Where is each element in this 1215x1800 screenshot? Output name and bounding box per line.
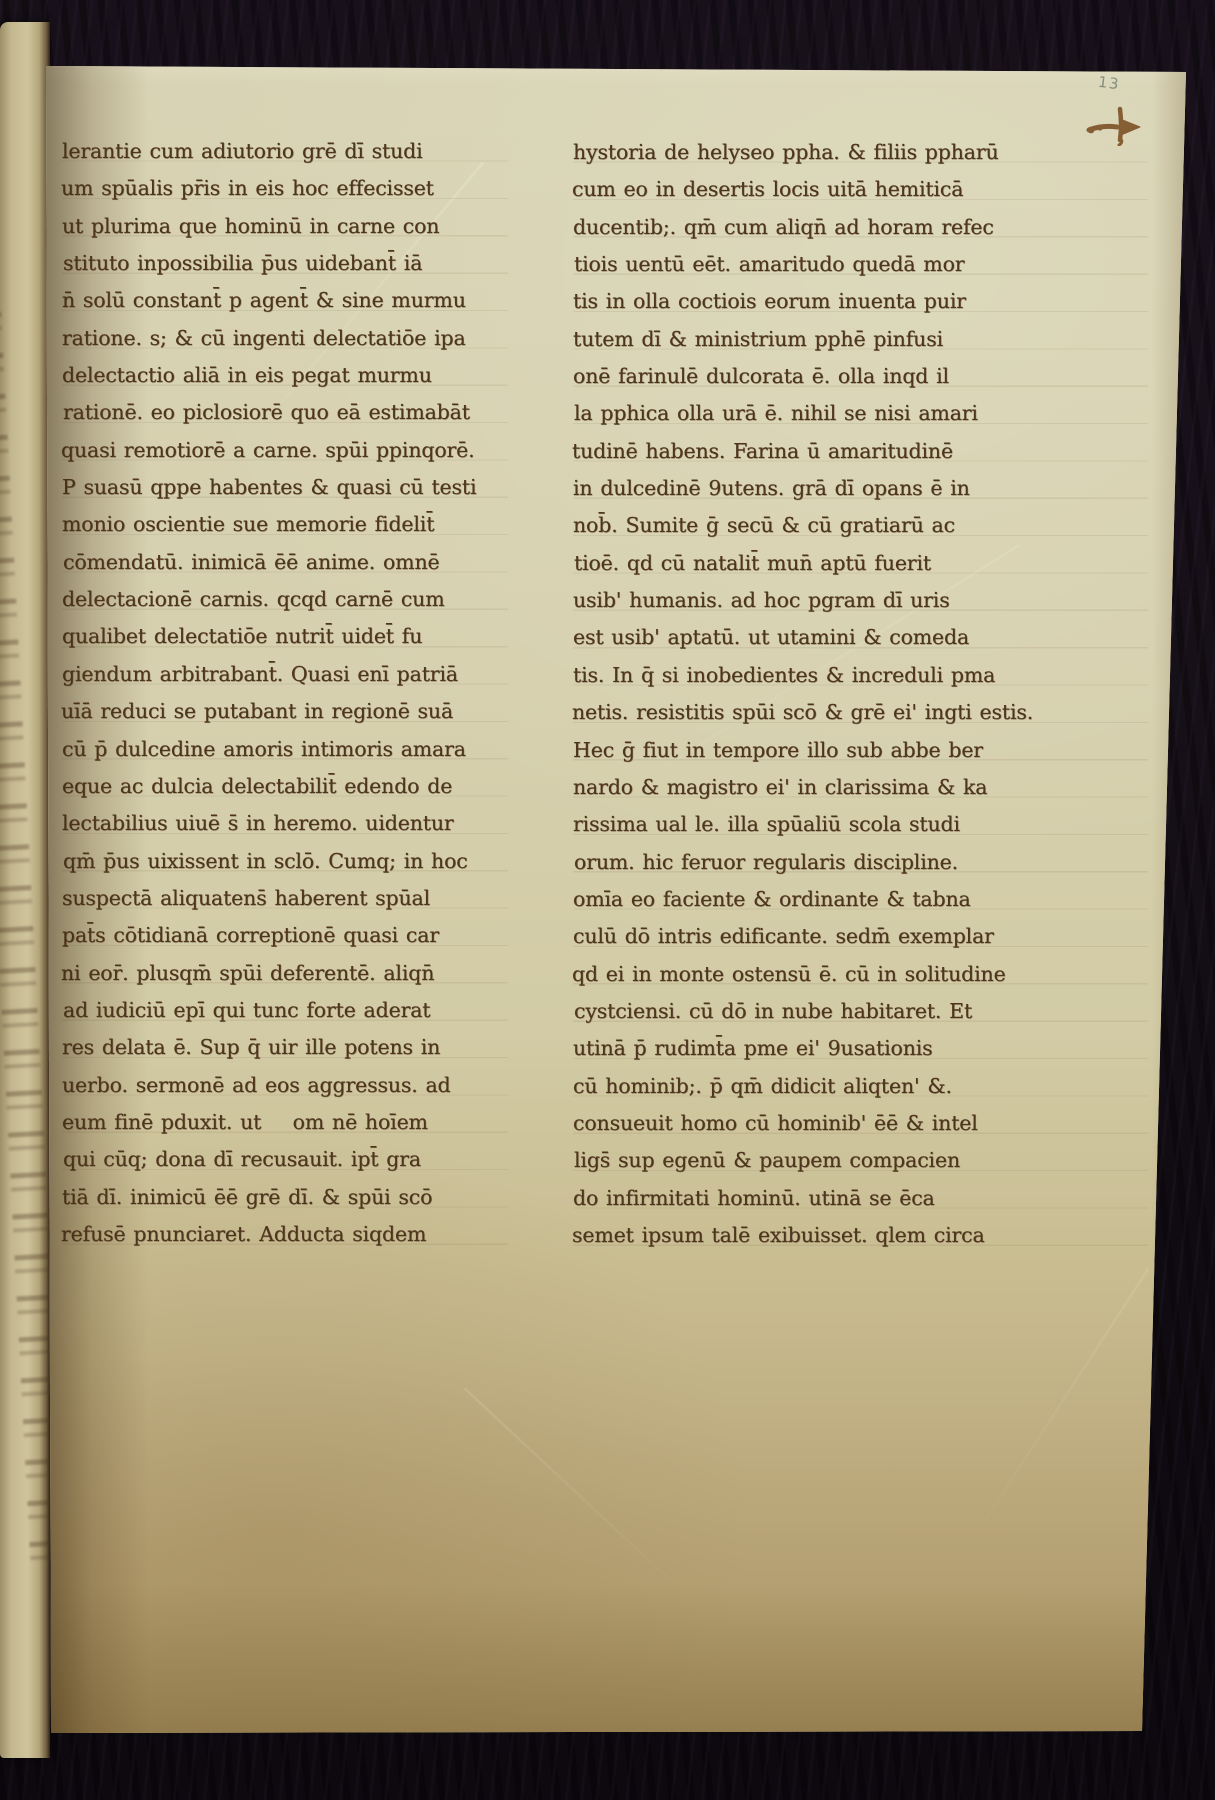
manuscript-line: rissima ual le. illa spūaliū scola studi <box>573 806 1148 843</box>
manuscript-line: utinā p̄ rudimt̄a pme ei' 9usationis <box>573 1030 1148 1067</box>
manuscript-line: rationē. eo piclosiorē quo eā estimabāt <box>63 394 509 431</box>
manuscript-line: do infirmitati hominū. utinā se ēca <box>573 1180 1148 1217</box>
manuscript-line: eum finē pduxit. ut om nē hoīem <box>62 1104 508 1141</box>
manuscript-line: semet ipsum talē exibuisset. qlem circa <box>572 1217 1147 1254</box>
manuscript-line: giendum arbitrabant̄. Quasi enī patriā <box>62 656 508 693</box>
manuscript-line: cū p̄ dulcedine amoris intimoris amara <box>62 731 508 768</box>
manuscript-line: suspectā aliquatens̄ haberent spūal <box>62 880 508 917</box>
manuscript-line: est usib' aptatū. ut utamini & comeda <box>573 619 1148 656</box>
manuscript-line: ut plurima que hominū in carne con <box>62 208 508 245</box>
manuscript-line: qm̄ p̄us uixissent in sclō. Cumq; in hoc <box>63 843 509 880</box>
manuscript-line: tiois uentū eēt. amaritudo quedā mor <box>574 246 1149 283</box>
manuscript-line: quasi remotiorē a carne. spūi ppinqorē. <box>61 432 507 469</box>
manuscript-line: ratione. s; & cū ingenti delectatiōe ipa <box>62 320 508 357</box>
manuscript-line: Hec ḡ fiut in tempore illo sub abbe ber <box>573 732 1148 769</box>
manuscript-line: nob̄. Sumite ḡ secū & cū gratiarū ac <box>573 507 1148 544</box>
manuscript-line: tutem dī & ministrium pphē pinfusi <box>573 321 1148 358</box>
manuscript-line: qui cūq; dona dī recusauit. ipt̄ gra <box>63 1141 509 1178</box>
manuscript-line: tioē. qd cū natalit̄ mun̄ aptū fuerit <box>574 545 1149 582</box>
manuscript-line: n̄ solū constant̄ p agent̄ & sine murmu <box>62 282 508 319</box>
manuscript-line: ducentib;. qm̄ cum aliqn̄ ad horam refec <box>573 209 1148 246</box>
manuscript-line: res delata ē. Sup q̄ uir ille potens in <box>62 1029 508 1066</box>
manuscript-line: delectacionē carnis. qcqd carnē cum <box>62 581 508 618</box>
manuscript-line: um spūalis pr̄is in eis hoc effecisset <box>61 170 507 207</box>
manuscript-line: P suasū qppe habentes & quasi cū testi <box>62 469 508 506</box>
manuscript-line: culū dō intris edificante. sedm̄ exempla… <box>573 918 1148 955</box>
manuscript-page: 13 lerantie cum adiutorio grē dī studium… <box>46 64 1186 1733</box>
manuscript-line: cum eo in desertis locis uitā hemiticā <box>572 171 1147 208</box>
manuscript-line: ni eor̄. plusqm̄ spūi deferentē. aliqn̄ <box>61 955 507 992</box>
manuscript-line: hystoria de helyseo ppha. & filiis pphar… <box>573 134 1148 171</box>
manuscript-line: ad iudiciū epī qui tunc forte aderat <box>63 992 509 1029</box>
manuscript-line: monio oscientie sue memorie fidelit̄ <box>62 506 508 543</box>
parchment-scratch <box>464 1388 670 1580</box>
manuscript-line: ligs̄ sup egenū & paupem compacien <box>574 1142 1149 1179</box>
manuscript-line: orum. hic feruor regularis discipline. <box>574 844 1149 881</box>
text-column-right: hystoria de helyseo ppha. & filiis pphar… <box>573 134 1148 1254</box>
manuscript-line: cōmendatū. inimicā ēē anime. omnē <box>63 544 509 581</box>
manuscript-line: qd ei in monte ostensū ē. cū in solitudi… <box>572 956 1147 993</box>
manuscript-line: pat̄s cōtidianā correptionē quasi car <box>62 917 508 954</box>
manuscript-line: stituto inpossibilia p̄us uidebant̄ iā <box>63 245 509 282</box>
manuscript-line: refusē pnunciaret. Adducta siqdem <box>61 1216 507 1253</box>
manuscript-line: tiā dī. inimicū ēē grē dī. & spūi scō <box>62 1179 508 1216</box>
manuscript-line: qualibet delectatiōe nutrit̄ uidet̄ fu <box>62 618 508 655</box>
manuscript-line: lerantie cum adiutorio grē dī studi <box>62 133 508 170</box>
parchment-scratch <box>984 1268 1149 1520</box>
text-column-left: lerantie cum adiutorio grē dī studium sp… <box>62 133 508 1253</box>
manuscript-line: nardo & magistro ei' in clarissima & ka <box>573 769 1148 806</box>
manuscript-line: netis. resistitis spūi scō & grē ei' ing… <box>572 694 1147 731</box>
manuscript-line: delectactio aliā in eis pegat murmu <box>62 357 508 394</box>
manuscript-line: omīa eo faciente & ordinante & tabna <box>573 881 1148 918</box>
manuscript-line: tis in olla coctiois eorum inuenta puir <box>573 283 1148 320</box>
manuscript-line: tis. In q̄ si inobedientes & increduli p… <box>573 657 1148 694</box>
manuscript-line: lectabilius uiuē s̄ in heremo. uidentur <box>62 805 508 842</box>
underlying-folio-text-fragments <box>0 312 50 1572</box>
manuscript-line: cystciensi. cū dō in nube habitaret. Et <box>574 993 1149 1030</box>
underlying-folio-edge <box>0 22 50 1758</box>
manuscript-line: la pphica olla urā ē. nihil se nisi amar… <box>574 395 1149 432</box>
manuscript-line: onē farinulē dulcorata ē. olla inqd il <box>573 358 1148 395</box>
manuscript-line: in dulcedinē 9utens. grā dī opans ē in <box>573 470 1148 507</box>
manuscript-line: usib' humanis. ad hoc pgram dī uris <box>573 582 1148 619</box>
manuscript-line: uerbo. sermonē ad eos aggressus. ad <box>62 1067 508 1104</box>
manuscript-line: eque ac dulcia delectabilit̄ edendo de <box>62 768 508 805</box>
folio-number: 13 <box>1097 73 1121 94</box>
manuscript-line: cū hominib;. p̄ qm̄ didicit aliqten' &. <box>573 1068 1148 1105</box>
manuscript-line: consueuit homo cū hominib' ēē & intel <box>573 1105 1148 1142</box>
manuscript-line: tudinē habens. Farina ū amaritudinē <box>572 433 1147 470</box>
manuscript-line: uīā reduci se putabant in regionē suā <box>61 693 507 730</box>
photograph-backdrop: { "document": { "folio_number": "13", "m… <box>0 0 1215 1800</box>
